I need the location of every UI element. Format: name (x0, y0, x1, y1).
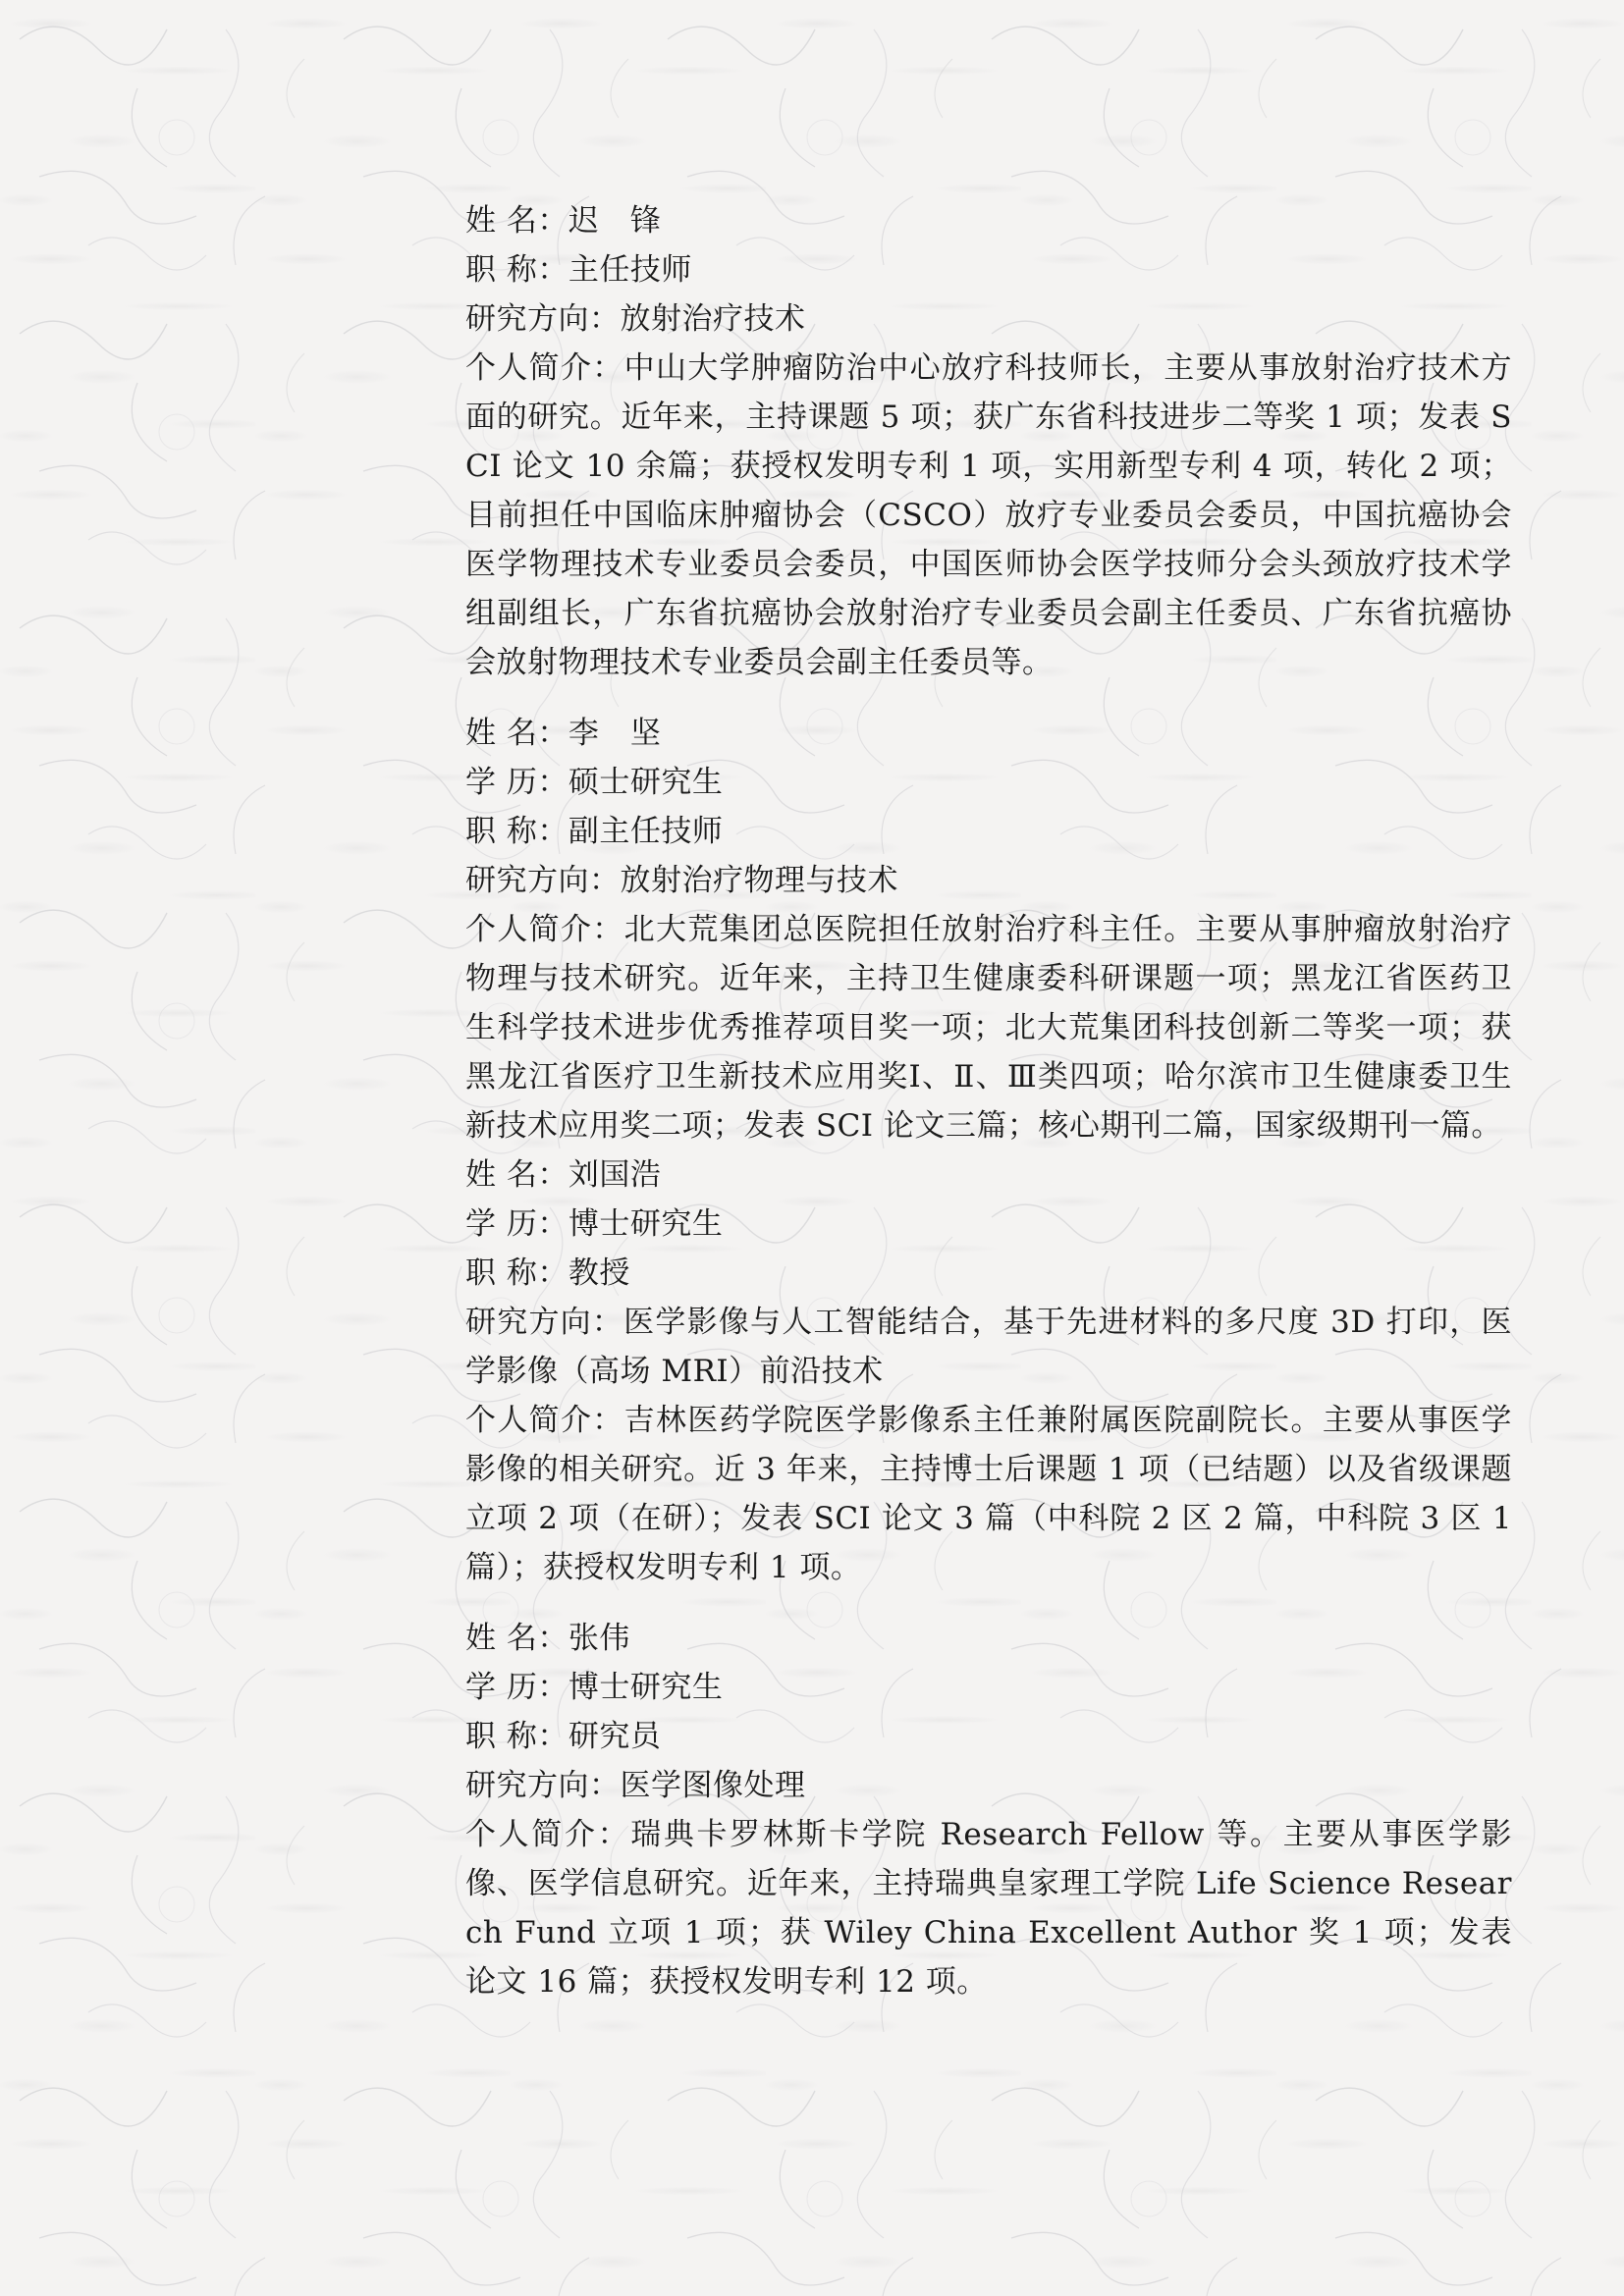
name-value: 李 坚 (568, 716, 662, 751)
name-label: 姓 名： (465, 1621, 568, 1656)
title-value: 主任技师 (568, 252, 692, 288)
title-row: 职 称：副主任技师 (465, 807, 1512, 856)
bio-label: 个人简介： (465, 912, 624, 947)
bio-row: 个人简介：瑞典卡罗林斯卡学院 Research Fellow 等。主要从事医学影… (465, 1810, 1512, 2006)
name-row: 姓 名：迟 锋 (465, 196, 1512, 245)
research-value: 医学图像处理 (621, 1768, 806, 1803)
bio-text: 中山大学肿瘤防治中心放疗科技师长，主要从事放射治疗技术方面的研究。近年来，主持课… (465, 350, 1512, 680)
education-value: 博士研究生 (568, 1206, 724, 1242)
education-value: 博士研究生 (568, 1670, 724, 1705)
research-row: 研究方向：放射治疗物理与技术 (465, 856, 1512, 905)
education-value: 硕士研究生 (568, 765, 724, 800)
research-label: 研究方向： (465, 863, 621, 898)
education-label: 学 历： (465, 1206, 568, 1242)
research-label: 研究方向： (465, 1768, 621, 1803)
research-label: 研究方向： (465, 1305, 623, 1340)
research-value: 放射治疗技术 (621, 301, 806, 337)
research-label: 研究方向： (465, 301, 621, 337)
title-row: 职 称：研究员 (465, 1712, 1512, 1761)
title-value: 研究员 (568, 1719, 662, 1754)
name-row: 姓 名：刘国浩 (465, 1150, 1512, 1200)
research-row: 研究方向：医学图像处理 (465, 1761, 1512, 1810)
name-value: 刘国浩 (568, 1157, 662, 1193)
education-row: 学 历：博士研究生 (465, 1200, 1512, 1249)
title-label: 职 称： (465, 252, 568, 288)
bio-label: 个人简介： (465, 1403, 624, 1438)
name-label: 姓 名： (465, 1157, 568, 1193)
name-row: 姓 名：李 坚 (465, 709, 1512, 758)
bio-label: 个人简介： (465, 350, 624, 386)
bio-label: 个人简介： (465, 1817, 630, 1852)
bio-row: 个人简介：中山大学肿瘤防治中心放疗科技师长，主要从事放射治疗技术方面的研究。近年… (465, 344, 1512, 687)
profile-li-jian: 姓 名：李 坚 学 历：硕士研究生 职 称：副主任技师 研究方向：放射治疗物理与… (465, 709, 1512, 1150)
education-row: 学 历：硕士研究生 (465, 758, 1512, 807)
expert-profiles: 姓 名：迟 锋 职 称：主任技师 研究方向：放射治疗技术 个人简介：中山大学肿瘤… (465, 196, 1512, 2006)
name-label: 姓 名： (465, 203, 568, 239)
name-label: 姓 名： (465, 716, 568, 751)
title-label: 职 称： (465, 814, 568, 849)
education-label: 学 历： (465, 1670, 568, 1705)
name-value: 迟 锋 (568, 203, 662, 239)
profile-chi-feng: 姓 名：迟 锋 职 称：主任技师 研究方向：放射治疗技术 个人简介：中山大学肿瘤… (465, 196, 1512, 687)
title-label: 职 称： (465, 1719, 568, 1754)
title-value: 教授 (568, 1255, 630, 1291)
bio-row: 个人简介：北大荒集团总医院担任放射治疗科主任。主要从事肿瘤放射治疗物理与技术研究… (465, 905, 1512, 1150)
title-label: 职 称： (465, 1255, 568, 1291)
education-row: 学 历：博士研究生 (465, 1663, 1512, 1712)
bio-row: 个人简介：吉林医药学院医学影像系主任兼附属医院副院长。主要从事医学影像的相关研究… (465, 1396, 1512, 1592)
title-row: 职 称：教授 (465, 1249, 1512, 1298)
research-value: 放射治疗物理与技术 (621, 863, 899, 898)
title-row: 职 称：主任技师 (465, 245, 1512, 294)
title-value: 副主任技师 (568, 814, 724, 849)
profile-liu-guohao: 姓 名：刘国浩 学 历：博士研究生 职 称：教授 研究方向：医学影像与人工智能结… (465, 1150, 1512, 1592)
name-row: 姓 名：张伟 (465, 1614, 1512, 1663)
name-value: 张伟 (568, 1621, 630, 1656)
education-label: 学 历： (465, 765, 568, 800)
profile-zhang-wei: 姓 名：张伟 学 历：博士研究生 职 称：研究员 研究方向：医学图像处理 个人简… (465, 1614, 1512, 2006)
research-row: 研究方向：医学影像与人工智能结合，基于先进材料的多尺度 3D 打印，医学影像（高… (465, 1298, 1512, 1396)
research-row: 研究方向：放射治疗技术 (465, 294, 1512, 344)
